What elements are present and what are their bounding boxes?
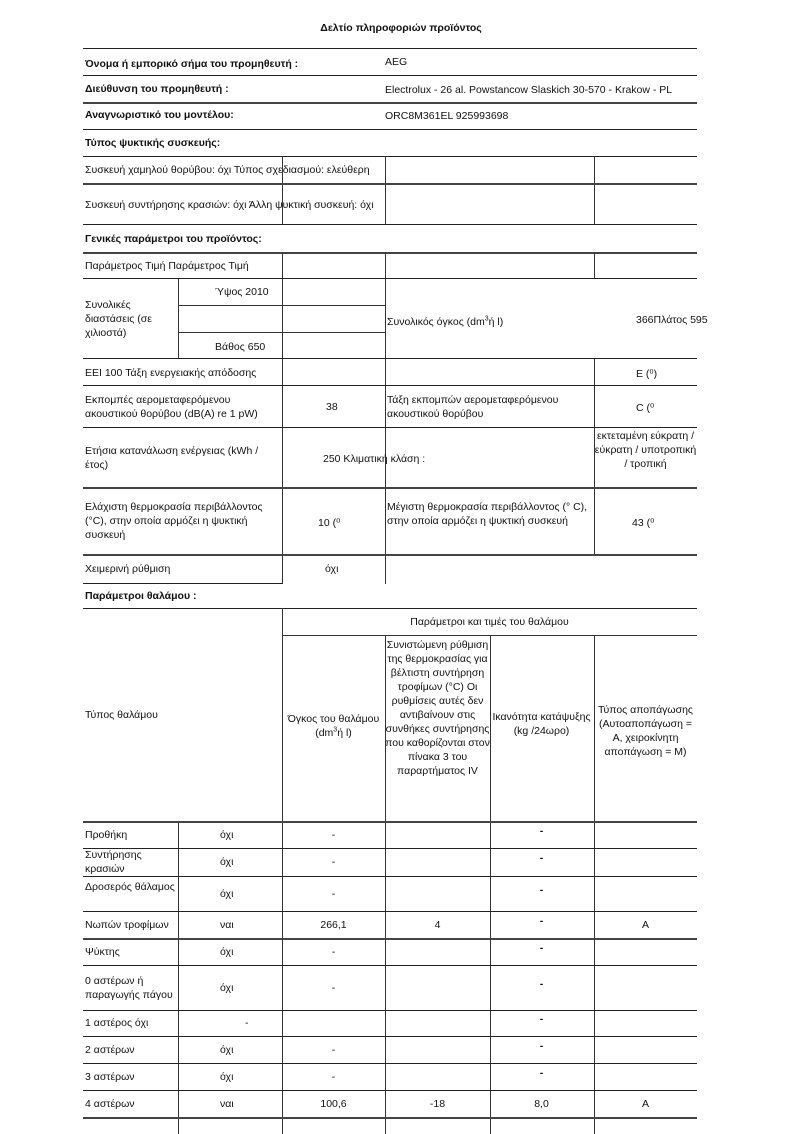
model-value: ORC8M361EL 925993698 (385, 109, 508, 123)
depth-value: Βάθος 650 (215, 340, 265, 354)
divider (83, 385, 697, 386)
divider (83, 156, 697, 157)
divider (83, 911, 697, 912)
compartment-row-freeze: - (490, 1012, 593, 1026)
energy-consumption-label: Ετήσια κατανάλωση ενέργειας (kWh /έτος) (85, 444, 280, 472)
divider (282, 305, 385, 306)
compartment-row-defrost: A (594, 1097, 697, 1111)
compartment-row-freeze: - (490, 1066, 593, 1080)
divider (83, 1063, 697, 1064)
divider (83, 938, 697, 940)
compartment-row-present: - (245, 1016, 249, 1030)
divider (83, 75, 697, 76)
column-line (594, 252, 595, 278)
column-line (594, 156, 595, 224)
compartment-row-type: Προθήκη (85, 828, 175, 842)
general-header-row: Παράμετρος Τιμή Παράμετρος Τιμή (85, 259, 249, 273)
column-line (178, 278, 179, 358)
compartment-row-present: όχι (220, 828, 233, 842)
compartment-row-defrost: A (594, 918, 697, 932)
supplier-name-value: AEG (385, 55, 407, 69)
compartment-row-type: 3 αστέρων (85, 1070, 175, 1084)
noise-value: 38 (326, 400, 338, 414)
eei-label: EEI 100 Τάξη ενεργειακής απόδοσης (85, 366, 256, 380)
divider (83, 48, 697, 49)
compartment-row-type: Νωπών τροφίμων (85, 918, 175, 932)
divider (83, 608, 697, 609)
max-temp-value: 43 (⁰ (632, 516, 654, 530)
compartment-row-present: όχι (220, 1070, 233, 1084)
compartment-row-volume: - (282, 1043, 385, 1057)
noise-class-value: C (⁰ (636, 401, 654, 415)
divider (83, 278, 697, 279)
divider (83, 358, 697, 359)
appliance-type-row-1: Συσκευή χαμηλού θορύβου: όχι Τύπος σχεδι… (85, 163, 370, 177)
max-temp-label: Μέγιστη θερμοκρασία περιβάλλοντος (° C),… (387, 500, 592, 528)
appliance-type-row-2: Συσκευή συντήρησης κρασιών: όχι Άλλη ψυκ… (85, 198, 374, 212)
noise-label: Εκπομπές αερομεταφερόμενου ακουστικού θο… (85, 393, 280, 421)
compartment-row-temp: -18 (385, 1097, 490, 1111)
divider (83, 821, 697, 823)
divider (83, 1010, 697, 1011)
compartment-volume-header: Όγκος του θαλάμου (dm3ή l) (282, 712, 385, 740)
compartment-row-freeze: - (490, 941, 593, 955)
compartments-heading: Παράμετροι θαλάμου : (85, 589, 197, 603)
climate-class-value: εκτεταμένη εύκρατη / εύκρατη / υποτροπικ… (594, 429, 697, 471)
divider (83, 965, 697, 966)
compartment-row-type: 0 αστέρων ή παραγωγής πάγου (85, 974, 175, 1002)
divider (83, 102, 697, 104)
compartment-row-freeze: 8,0 (490, 1097, 593, 1111)
compartment-row-type: Ψύκτης (85, 945, 175, 959)
dimensions-label: Συνολικές διαστάσεις (σε χιλιοστά) (85, 298, 175, 340)
compartment-defrost-header: Τύπος αποπάγωσης (Αυτοαποπάγωση = A, χει… (594, 703, 697, 759)
compartment-row-type: Δροσερός θάλαμος (85, 880, 175, 894)
divider (83, 583, 283, 584)
compartment-row-present: όχι (220, 887, 233, 901)
energy-class-value: E (⁰) (636, 367, 657, 381)
compartment-row-volume: - (282, 855, 385, 869)
model-label: Αναγνωριστικό του μοντέλου: (85, 108, 234, 122)
compartment-type-header: Τύπος θαλάμου (85, 708, 158, 722)
compartment-row-present: όχι (220, 945, 233, 959)
document-title: Δελτίο πληροφοριών προϊόντος (0, 22, 802, 34)
divider (83, 252, 697, 254)
divider (282, 635, 697, 636)
height-value: Ύψος 2010 (215, 285, 269, 299)
column-line (385, 156, 386, 224)
compartment-row-volume: - (282, 945, 385, 959)
compartment-row-type: 4 αστέρων (85, 1097, 175, 1111)
compartment-row-volume: - (282, 981, 385, 995)
min-temp-value: 10 (⁰ (318, 516, 340, 530)
supplier-address-label: Διεύθυνση του προμηθευτή : (85, 82, 229, 96)
compartment-row-present: ναι (220, 918, 234, 932)
compartment-row-freeze: - (490, 883, 593, 897)
compartment-row-type: 1 αστέρος όχι (85, 1016, 175, 1030)
compartment-row-type: 2 αστέρων (85, 1043, 175, 1057)
compartment-row-freeze: - (490, 914, 593, 928)
total-volume-label: Συνολικός όγκος (dm3ή l) (387, 315, 503, 329)
compartment-row-temp: 4 (385, 918, 490, 932)
divider (83, 183, 697, 185)
column-line (282, 252, 283, 584)
divider (83, 224, 697, 225)
compartment-row-volume: - (282, 828, 385, 842)
compartment-row-type: Συντήρησης κρασιών (85, 848, 175, 876)
compartment-row-volume: 266,1 (282, 918, 385, 932)
general-heading: Γενικές παράμετροι του προϊόντος: (85, 232, 262, 246)
supplier-name-label: Όνομα ή εμπορικό σήμα του προμηθευτή : (85, 57, 298, 71)
compartment-freeze-header: Ικανότητα κατάψυξης (kg /24ωρο) (490, 710, 593, 738)
compartment-group-header: Παράμετροι και τιμές του θαλάμου (282, 615, 697, 629)
divider (83, 1117, 697, 1119)
winter-label: Χειμερινή ρύθμιση (85, 562, 170, 576)
compartment-row-present: ναι (220, 1097, 234, 1111)
compartment-row-freeze: - (490, 1039, 593, 1053)
compartment-row-freeze: - (490, 851, 593, 865)
divider (83, 876, 697, 877)
min-temp-label: Ελάχιστη θερμοκρασία περιβάλλοντος (°C),… (85, 500, 280, 542)
appliance-type-heading: Τύπος ψυκτικής συσκευής: (85, 136, 220, 150)
compartment-row-present: όχι (220, 855, 233, 869)
column-line (178, 821, 179, 1134)
noise-class-label: Τάξη εκπομπών αερομεταφερόμενου ακουστικ… (387, 393, 587, 421)
compartment-row-freeze: - (490, 824, 593, 838)
energy-consumption-value: 250 Κλιματική κλάση : (323, 452, 425, 466)
supplier-address-value: Electrolux - 26 al. Powstancow Slaskich … (385, 83, 672, 97)
column-line (385, 252, 386, 584)
compartment-row-volume: 100,6 (282, 1097, 385, 1111)
divider (83, 1036, 697, 1037)
compartment-row-volume: - (282, 1070, 385, 1084)
divider (178, 332, 385, 333)
winter-value: όχι (325, 562, 338, 576)
compartment-row-freeze: - (490, 977, 593, 991)
total-volume-value: 366Πλάτος 595 (636, 313, 708, 327)
divider (83, 1090, 697, 1091)
compartment-row-present: όχι (220, 1043, 233, 1057)
compartment-row-present: όχι (220, 981, 233, 995)
divider (83, 487, 697, 489)
compartment-temp-header: Συνιστώμενη ρύθμιση της θερμοκρασίας για… (385, 638, 490, 778)
divider (83, 554, 697, 556)
divider (83, 427, 697, 428)
divider (83, 129, 697, 130)
compartment-row-volume: - (282, 887, 385, 901)
divider (83, 848, 697, 849)
